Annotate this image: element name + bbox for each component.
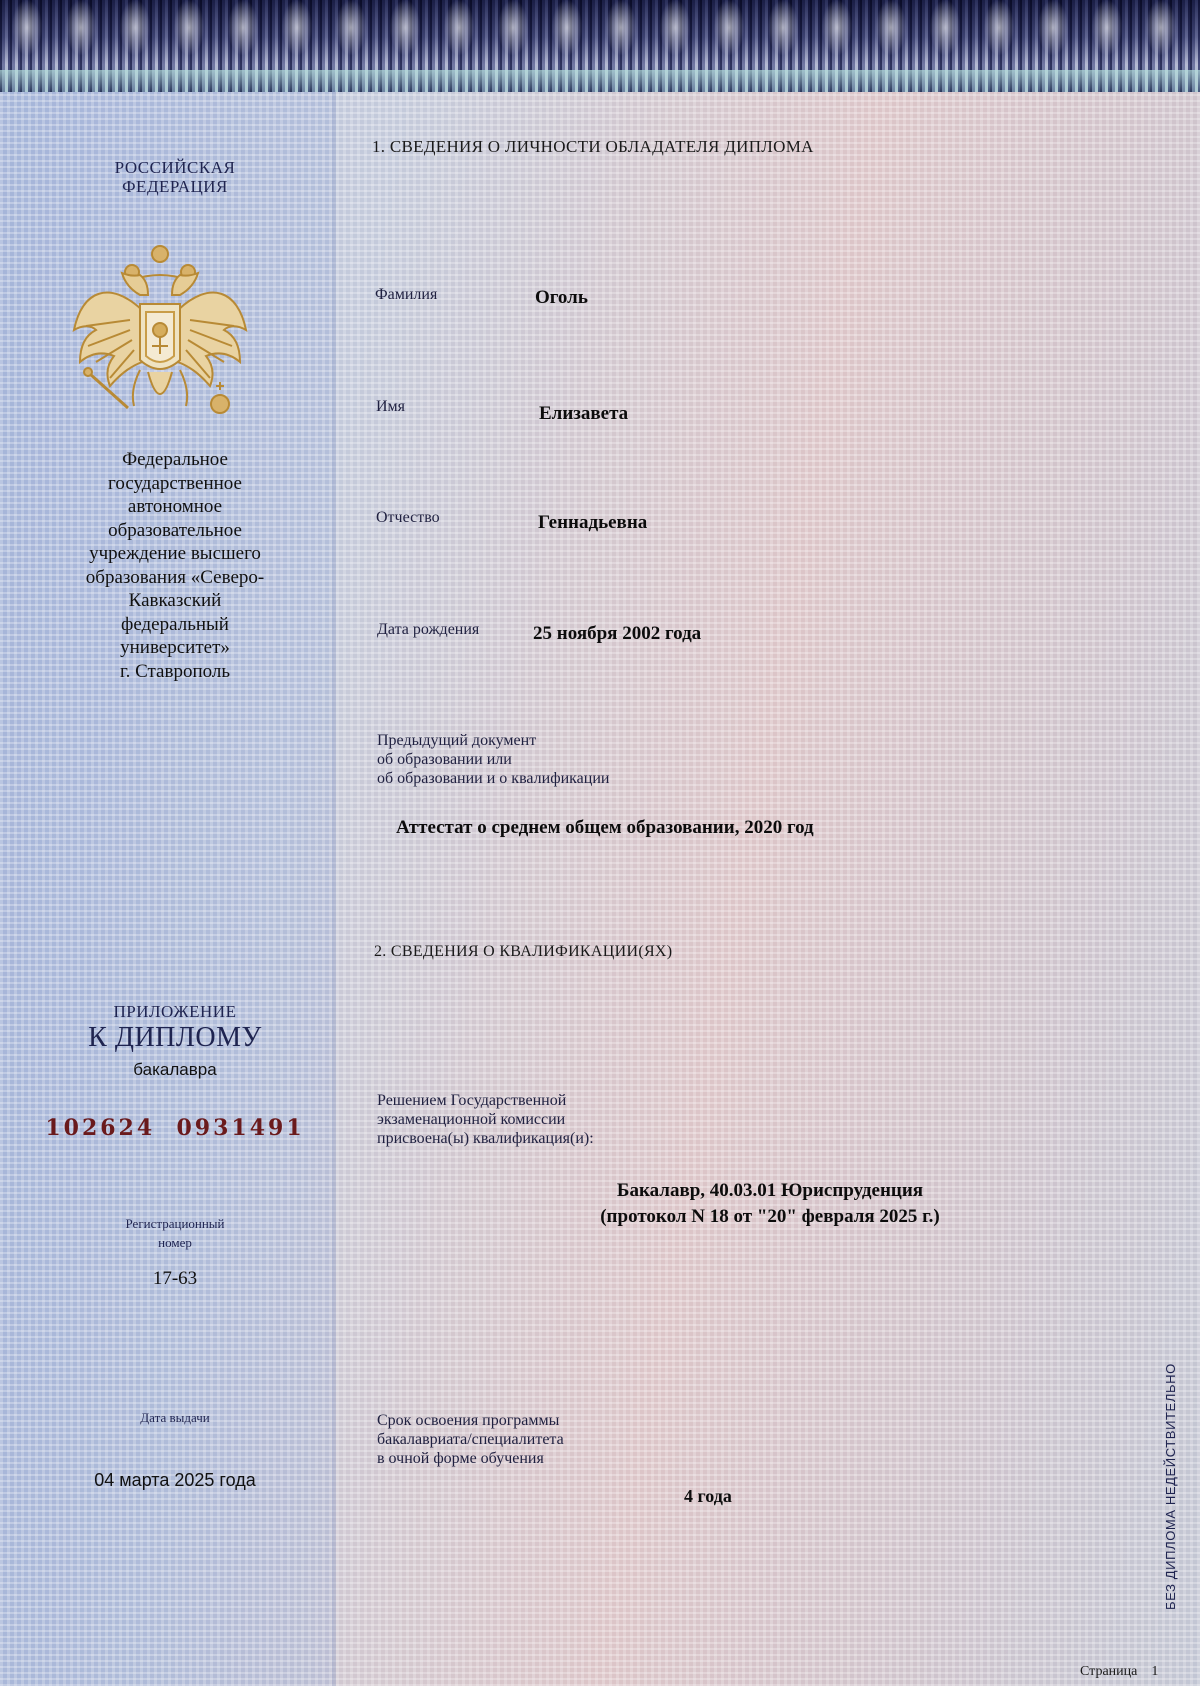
issue-date-label: Дата выдачи xyxy=(30,1410,320,1426)
russian-coat-of-arms-icon xyxy=(70,240,250,440)
qualification-value: Бакалавр, 40.03.01 Юриспруденция xyxy=(500,1180,1040,1202)
country-line: ФЕДЕРАЦИЯ xyxy=(30,177,320,196)
commission-decision-label-line: экзаменационной комиссии xyxy=(377,1110,594,1129)
institution-line: образования «Северо- xyxy=(30,566,320,590)
commission-decision-label: Решением Государственной экзаменационной… xyxy=(377,1091,594,1148)
institution-line: автономное xyxy=(30,495,320,519)
institution-line: Кавказский xyxy=(30,589,320,613)
birth-date-value: 25 ноября 2002 года xyxy=(533,623,701,645)
commission-decision-label-line: присвоена(ы) квалификация(и): xyxy=(377,1129,594,1148)
section-2-title: 2. СВЕДЕНИЯ О КВАЛИФИКАЦИИ(ЯХ) xyxy=(374,943,672,961)
name-value: Елизавета xyxy=(539,403,628,425)
study-duration-label: Срок освоения программы бакалавриата/спе… xyxy=(377,1411,564,1468)
commission-decision-label-line: Решением Государственной xyxy=(377,1091,594,1110)
section-1-title: 1. СВЕДЕНИЯ О ЛИЧНОСТИ ОБЛАДАТЕЛЯ ДИПЛОМ… xyxy=(372,137,814,157)
country-line: РОССИЙСКАЯ xyxy=(30,158,320,177)
surname-value: Оголь xyxy=(535,287,588,309)
name-label: Имя xyxy=(376,398,405,416)
registration-label-line: номер xyxy=(30,1233,320,1252)
institution-name: Федеральное государственное автономное о… xyxy=(30,448,320,683)
patronymic-value: Геннадьевна xyxy=(538,512,647,534)
degree-level: бакалавра xyxy=(30,1060,320,1080)
validity-note: БЕЗ ДИПЛОМА НЕДЕЙСТВИТЕЛЬНО xyxy=(1163,1363,1178,1610)
protocol-value: (протокол N 18 от "20" февраля 2025 г.) xyxy=(500,1206,1040,1228)
institution-line: государственное xyxy=(30,472,320,496)
registration-label-line: Регистрационный xyxy=(30,1214,320,1233)
registration-label: Регистрационный номер xyxy=(30,1214,320,1252)
page-number-value: 1 xyxy=(1151,1664,1158,1679)
patronymic-label: Отчество xyxy=(376,509,440,527)
surname-label: Фамилия xyxy=(375,286,437,304)
previous-document-label: Предыдущий документ об образовании или о… xyxy=(377,731,609,788)
page-label: Страница xyxy=(1080,1664,1137,1679)
study-duration-value: 4 года xyxy=(684,1486,732,1507)
left-panel-divider xyxy=(332,90,336,1686)
serial-number: 102624 0931491 xyxy=(30,1115,320,1141)
appendix-title-line1: ПРИЛОЖЕНИЕ xyxy=(30,1002,320,1022)
issue-date: 04 марта 2025 года xyxy=(30,1470,320,1491)
page-number: Страница1 xyxy=(1080,1664,1158,1680)
previous-document-label-line: Предыдущий документ xyxy=(377,731,609,750)
institution-line: г. Ставрополь xyxy=(30,660,320,684)
previous-document-label-line: об образовании и о квалификации xyxy=(377,769,609,788)
diploma-supplement-page: РОССИЙСКАЯ ФЕДЕРАЦИЯ xyxy=(0,0,1200,1686)
registration-number: 17-63 xyxy=(30,1268,320,1290)
previous-document-label-line: об образовании или xyxy=(377,750,609,769)
institution-line: образовательное xyxy=(30,519,320,543)
institution-line: Федеральное xyxy=(30,448,320,472)
birth-date-label: Дата рождения xyxy=(377,621,479,639)
country-name: РОССИЙСКАЯ ФЕДЕРАЦИЯ xyxy=(30,158,320,196)
institution-line: университет» xyxy=(30,636,320,660)
institution-line: федеральный xyxy=(30,613,320,637)
study-duration-label-line: в очной форме обучения xyxy=(377,1449,564,1468)
guilloche-border xyxy=(0,0,1200,92)
study-duration-label-line: бакалавриата/специалитета xyxy=(377,1430,564,1449)
previous-document-value: Аттестат о среднем общем образовании, 20… xyxy=(396,817,814,839)
study-duration-label-line: Срок освоения программы xyxy=(377,1411,564,1430)
institution-line: учреждение высшего xyxy=(30,542,320,566)
appendix-title-line2: К ДИПЛОМУ xyxy=(30,1022,320,1054)
